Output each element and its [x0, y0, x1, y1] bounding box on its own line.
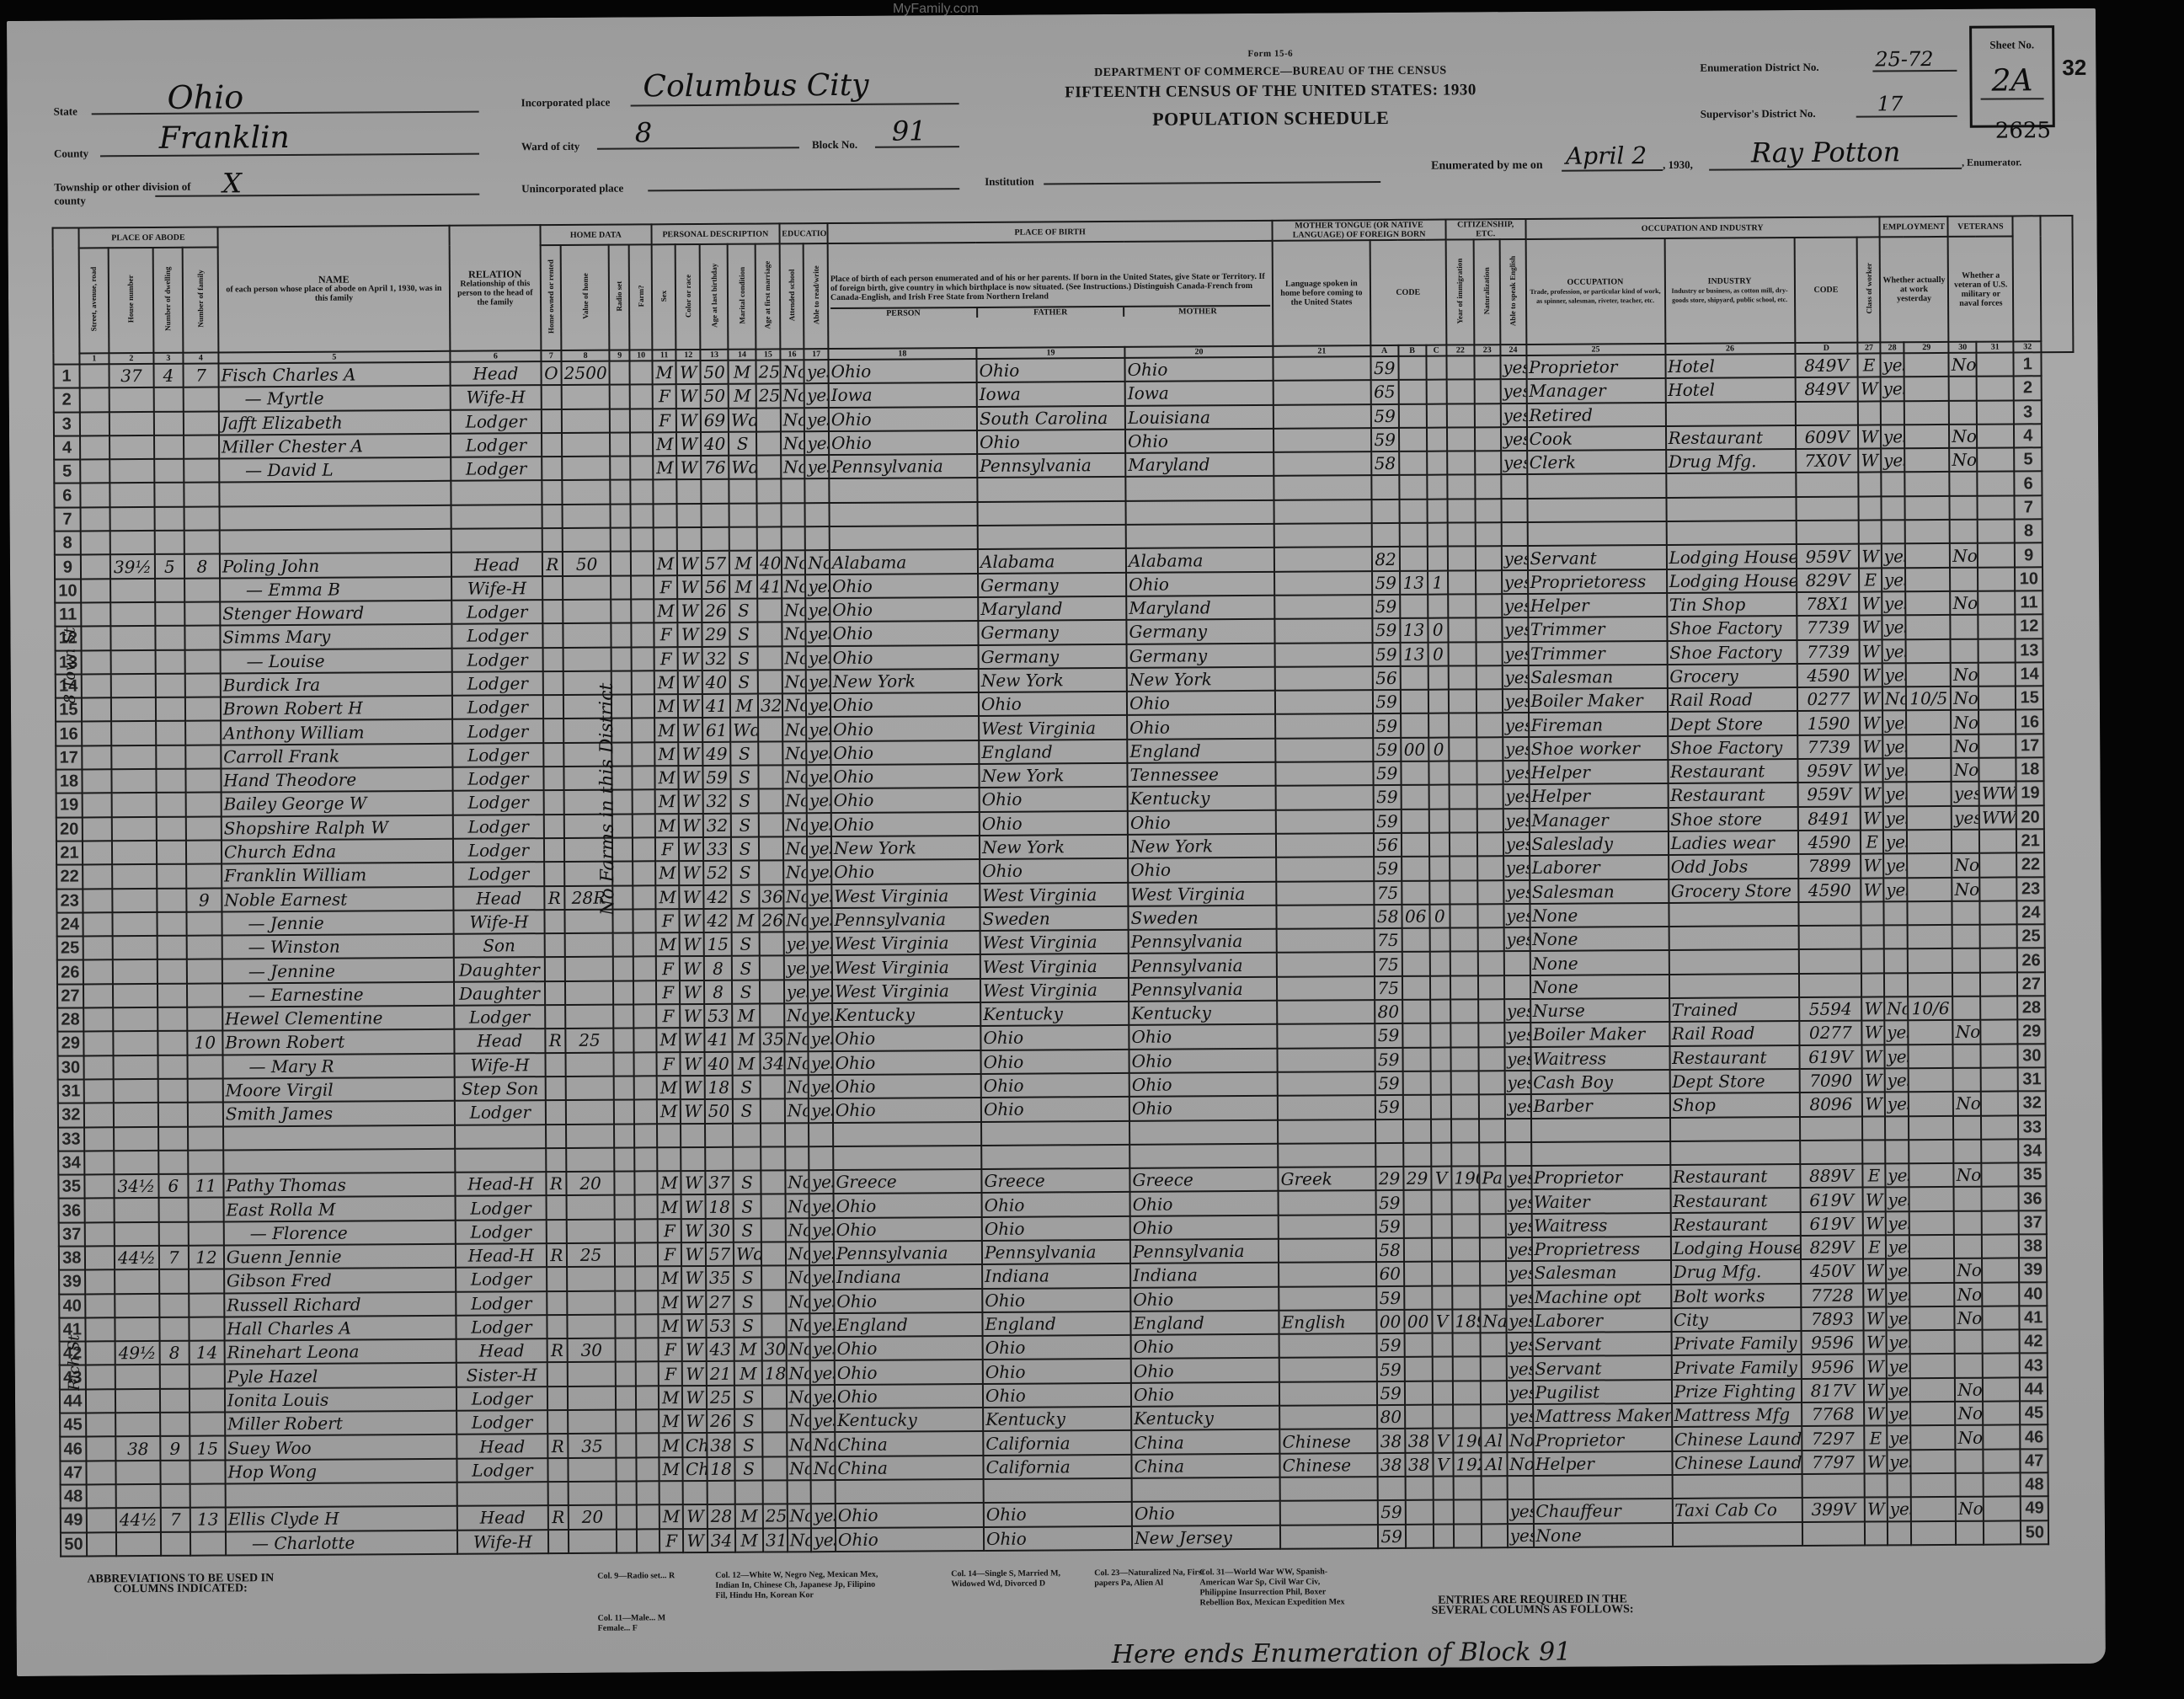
cell-name: Brown Robert — [222, 1029, 454, 1055]
ed-label: Enumeration District No. — [1700, 61, 1818, 75]
group-place-of-birth: PLACE OF BIRTH — [827, 221, 1272, 243]
cell-lang — [1275, 666, 1373, 691]
cell-fbp: California — [983, 1430, 1131, 1455]
cell-code: 817V — [1801, 1378, 1864, 1402]
cell-street — [85, 1341, 115, 1365]
cell-nat — [1478, 999, 1504, 1023]
cell-mbp: Ohio — [1129, 1072, 1278, 1097]
cell-lang — [1279, 1405, 1377, 1429]
cell-val: 2500 — [561, 361, 609, 386]
cell-line_no — [1909, 1115, 1953, 1140]
cell-name: — Louise — [220, 648, 451, 673]
cell-nat — [1477, 856, 1503, 879]
cell-eng: yes — [1505, 1214, 1531, 1237]
cell-imm — [1447, 475, 1475, 499]
cell-b — [1402, 1095, 1430, 1119]
cell-fbp — [984, 1478, 1132, 1503]
cell-rel: Lodger — [452, 743, 543, 767]
cell-a: 59 — [1375, 1071, 1402, 1095]
cell-ind — [1665, 402, 1795, 426]
cell-race: Ch — [683, 1457, 708, 1481]
cell-vet: No — [1951, 663, 1978, 687]
cell-c — [1430, 1023, 1450, 1047]
cell-c — [1428, 713, 1449, 737]
cell-race: W — [681, 1099, 705, 1123]
cell-house: 49½ — [115, 1341, 160, 1365]
cell-read: yes — [807, 741, 831, 765]
institution-label: Institution — [985, 175, 1034, 189]
cell-fbp: Ohio — [980, 811, 1128, 836]
cell-sex: M — [654, 742, 679, 766]
cell-house — [115, 1365, 160, 1389]
cell-nat — [1475, 403, 1501, 427]
line-number: 25 — [57, 937, 83, 960]
line-number: 49 — [61, 1509, 87, 1532]
cell-c — [1431, 1119, 1451, 1142]
cell-a: 65 — [1370, 380, 1398, 403]
cell-street — [85, 1294, 115, 1318]
cell-cls: W — [1861, 854, 1883, 878]
cell-code: 7899 — [1798, 854, 1861, 879]
cell-mbp: Louisiana — [1125, 404, 1274, 429]
cell-radio — [616, 1386, 636, 1409]
cell-cls: W — [1858, 425, 1881, 448]
cell-code: 7739 — [1797, 735, 1861, 759]
incorporated-label: Incorporated place — [521, 96, 611, 110]
name-desc: of each person whose place of abode on A… — [221, 284, 447, 304]
cell-ind: Tin Shop — [1667, 592, 1797, 617]
cell-b — [1402, 1023, 1430, 1047]
cell-war — [1981, 1067, 2018, 1092]
cell-agem — [759, 836, 783, 860]
cell-radio — [616, 1362, 636, 1386]
cell-race: W — [683, 1528, 708, 1552]
cell-sex: F — [656, 980, 681, 1004]
county-label: County — [54, 147, 88, 160]
cell-dwelling — [157, 864, 186, 889]
cell-a — [1375, 1119, 1403, 1142]
cell-b: 06 — [1402, 905, 1429, 928]
cell-sex: M — [655, 814, 680, 837]
cell-house — [114, 1055, 158, 1080]
cell-lang — [1274, 476, 1371, 500]
cell-bp: Ohio — [835, 1336, 983, 1360]
cell-code: 619V — [1800, 1188, 1863, 1212]
cell-dwelling — [158, 1151, 188, 1175]
cell-line_no — [1904, 353, 1949, 377]
cell-cls: E — [1859, 568, 1882, 591]
cell-val — [565, 957, 613, 981]
cell-radio — [614, 1147, 634, 1171]
cell-occ: Helper — [1533, 1451, 1672, 1476]
cell-age: 35 — [706, 1266, 734, 1290]
cell-b — [1398, 403, 1426, 427]
cell-val — [562, 457, 610, 481]
cell-work: yes — [1885, 1188, 1909, 1211]
cell-rel: Lodger — [454, 1005, 545, 1029]
cell-b: 13 — [1400, 642, 1428, 665]
cell-name: Carroll Frank — [221, 744, 452, 769]
cell-vet — [1953, 1044, 1981, 1067]
cell-radio — [616, 1434, 636, 1457]
cell-ind: Shop — [1669, 1093, 1799, 1117]
cell-a: 59 — [1372, 571, 1400, 595]
cell-mbp — [1126, 500, 1274, 525]
cell-occ: Fireman — [1529, 712, 1668, 736]
cell-val — [563, 647, 611, 671]
cell-ind: Lodging House — [1666, 544, 1796, 569]
cell-radio — [617, 1529, 637, 1552]
cell-val — [565, 1005, 613, 1029]
cell-bp: Ohio — [830, 645, 979, 670]
cell-age — [702, 504, 729, 527]
cell-dwelling — [157, 936, 186, 960]
cell-work: yes — [1882, 758, 1907, 782]
cell-fbp: Ohio — [983, 1359, 1131, 1383]
cell-line_no — [1904, 377, 1949, 401]
cell-read: yes — [810, 1360, 835, 1384]
cell-agem — [761, 1146, 785, 1170]
cell-agem — [761, 1194, 786, 1218]
cell-b — [1405, 1477, 1433, 1500]
cell-line_no — [1909, 1163, 1954, 1188]
cell-occ: Shoe worker — [1529, 736, 1668, 761]
cell-c — [1428, 547, 1448, 570]
cell-agem — [762, 1433, 787, 1456]
cell-mbp: England — [1127, 739, 1275, 763]
cell-fbp: Kentucky — [983, 1407, 1131, 1431]
cell-imm — [1450, 857, 1477, 880]
cell-house: 38 — [115, 1436, 160, 1461]
cell-cls: W — [1864, 1378, 1887, 1402]
cell-nat — [1475, 475, 1501, 499]
cell-occ — [1531, 1141, 1670, 1166]
cell-b — [1406, 1524, 1434, 1547]
cell-sex: F — [656, 1004, 681, 1028]
line-number: 5 — [54, 460, 80, 484]
cell-eng: yes — [1503, 856, 1530, 879]
cell-nat — [1481, 1357, 1507, 1381]
cell-read: yes — [809, 1051, 833, 1075]
cell-work: yes — [1882, 544, 1906, 568]
cell-dwelling — [156, 793, 185, 817]
cell-work: yes — [1882, 711, 1907, 735]
cell-dwelling — [153, 387, 183, 412]
cell-rel: Lodger — [456, 1291, 547, 1316]
cell-street — [83, 984, 113, 1008]
cell-vet — [1953, 1115, 1981, 1139]
cell-nat — [1476, 642, 1502, 665]
end-of-block-note: Here ends Enumeration of Block 91 — [1112, 1638, 1572, 1670]
cell-val: 50 — [563, 552, 611, 576]
cell-mar — [729, 479, 756, 503]
cell-bp: Ohio — [835, 1360, 983, 1384]
cell-own: O — [541, 361, 561, 385]
cell-lang — [1277, 1000, 1375, 1024]
cell-line_no — [1911, 1520, 1956, 1545]
cell-a: 58 — [1376, 1238, 1404, 1262]
cell-ind: Hotel — [1665, 354, 1795, 378]
cell-age: 8 — [704, 980, 732, 1003]
cell-lang — [1274, 618, 1372, 643]
cell-lang — [1275, 690, 1373, 714]
cell-agem — [761, 1123, 785, 1146]
cell-dwelling — [160, 1365, 190, 1389]
cell-imm — [1451, 1119, 1479, 1142]
population-schedule-table: PLACE OF ABODE NAMEof each person whose … — [51, 215, 2081, 1557]
cell-family — [186, 911, 222, 936]
cell-bp — [833, 1121, 981, 1146]
cell-cls — [1861, 901, 1884, 925]
cell-a: 38 — [1377, 1453, 1405, 1477]
cell-farm — [631, 552, 654, 575]
cell-rel — [451, 481, 542, 505]
cell-mar: M — [729, 574, 757, 598]
cell-b — [1399, 499, 1427, 522]
sd-label: Supervisor's District No. — [1701, 107, 1816, 121]
cell-radio — [613, 980, 633, 1004]
cell-cls: E — [1858, 353, 1881, 377]
cell-val — [569, 1482, 617, 1506]
cell-rel: Head — [457, 1338, 547, 1363]
cell-dwelling — [159, 1221, 189, 1246]
cell-b — [1398, 380, 1426, 403]
ed-value: 25-72 — [1875, 47, 1933, 71]
cell-family — [188, 1078, 223, 1103]
cell-c — [1429, 880, 1450, 904]
cell-own — [542, 433, 562, 457]
cell-age — [705, 1123, 733, 1146]
block-value: 91 — [892, 115, 926, 147]
cell-sex — [657, 1147, 681, 1171]
cell-dwelling — [157, 841, 186, 865]
cell-code: 9596 — [1801, 1354, 1864, 1379]
cell-bp: Ohio — [829, 407, 977, 431]
cell-mar: M — [729, 384, 756, 408]
cell-code: 7893 — [1801, 1306, 1864, 1331]
cell-ind — [1670, 1117, 1800, 1141]
cell-eng: yes — [1504, 1023, 1530, 1046]
cell-occ: Pugilist — [1532, 1380, 1671, 1404]
line-number-right: 49 — [2021, 1496, 2048, 1520]
cell-street — [83, 912, 112, 937]
cell-ind: Odd Jobs — [1669, 854, 1798, 879]
cell-val — [563, 528, 611, 553]
cell-house — [111, 649, 156, 674]
cell-house — [114, 1126, 158, 1151]
cell-fbp: Ohio — [980, 787, 1128, 811]
cell-eng: yes — [1506, 1309, 1532, 1333]
cell-family — [184, 531, 220, 555]
cell-vet: No — [1950, 543, 1978, 567]
cell-occ: Helper — [1528, 593, 1667, 617]
cell-bp — [836, 1479, 984, 1504]
cell-vet: yes — [1952, 782, 1979, 805]
cell-bp: Ohio — [830, 597, 978, 622]
cell-street — [84, 1103, 114, 1127]
cell-line_no — [1910, 1378, 1955, 1402]
cell-fbp: Alabama — [978, 548, 1126, 573]
cell-agem — [761, 1266, 786, 1290]
cell-code: 7728 — [1801, 1283, 1864, 1307]
cell-read: yes — [811, 1504, 836, 1527]
cell-line_no — [1906, 591, 1951, 616]
cell-sex: M — [654, 719, 679, 742]
cell-b — [1402, 857, 1429, 880]
cell-lang — [1274, 404, 1371, 429]
cell-line_no — [1909, 1140, 1954, 1164]
cell-nat — [1476, 522, 1502, 546]
cell-bp: Greece — [833, 1169, 981, 1194]
cell-house — [114, 1103, 158, 1127]
cell-c — [1428, 595, 1448, 618]
cell-war — [1977, 424, 2014, 448]
cell-mar: M — [732, 908, 760, 932]
cell-sch: No — [783, 860, 808, 884]
cell-house: 34½ — [114, 1174, 158, 1199]
cell-lang — [1279, 1238, 1376, 1263]
cell-rel: Lodger — [452, 719, 543, 744]
cell-work: yes — [1882, 568, 1906, 591]
cell-c — [1428, 665, 1448, 689]
cell-war — [1982, 1187, 2019, 1211]
cell-nat — [1474, 355, 1500, 379]
cell-fbp: Pennsylvania — [982, 1240, 1130, 1264]
cell-lang — [1274, 547, 1372, 571]
cell-nat — [1479, 1071, 1505, 1094]
cell-mbp: Ohio — [1126, 571, 1274, 596]
cell-vet: No — [1949, 353, 1977, 377]
cell-vet: No — [1956, 1425, 1984, 1449]
census-rows: 13747Fisch Charles AHeadO2500MW50M25Noye… — [53, 352, 2080, 1556]
cell-read: yes — [806, 670, 830, 693]
cell-bp: West Virginia — [832, 979, 980, 1003]
cell-name: Ellis Clyde H — [226, 1506, 457, 1531]
column-number: 13 — [700, 350, 728, 361]
line-number: 48 — [61, 1484, 87, 1508]
cell-c — [1433, 1405, 1453, 1429]
cell-mar: S — [734, 1266, 761, 1290]
cell-street — [85, 1317, 115, 1342]
cell-agem — [756, 431, 781, 455]
cell-occ: Waitress — [1531, 1213, 1670, 1237]
cell-agem — [759, 813, 783, 836]
line-number-right: 8 — [2015, 519, 2042, 542]
cell-work: yes — [1885, 1163, 1909, 1187]
cell-rel: Lodger — [455, 1100, 546, 1125]
cell-family: 12 — [189, 1245, 224, 1269]
cell-street — [79, 364, 109, 388]
cell-own — [543, 790, 563, 814]
cell-occ: Boiler Maker — [1530, 1022, 1669, 1046]
cell-house — [109, 412, 154, 436]
cell-street — [81, 579, 110, 603]
cell-sex: M — [659, 1409, 683, 1433]
cell-sex: M — [659, 1504, 684, 1528]
cell-war — [1984, 1472, 2021, 1497]
cell-ind: Dept Store — [1668, 711, 1797, 735]
cell-c — [1431, 1214, 1451, 1237]
cell-read: yes — [810, 1313, 835, 1337]
cell-read: yes — [808, 932, 832, 955]
cell-imm — [1450, 832, 1477, 856]
cell-ind: Hotel — [1665, 377, 1795, 402]
cell-imm — [1453, 1357, 1481, 1381]
cell-b: 00 — [1401, 737, 1428, 761]
cell-race: W — [679, 742, 703, 766]
cell-cls: W — [1861, 735, 1883, 758]
cell-a: 75 — [1374, 952, 1402, 975]
line-number: 29 — [57, 1032, 83, 1055]
cell-mbp: New York — [1127, 667, 1275, 692]
cell-imm — [1452, 1237, 1480, 1261]
cell-sch: No — [788, 1528, 812, 1552]
cell-family: 15 — [190, 1436, 225, 1461]
cell-farm — [633, 932, 656, 956]
cell-street — [81, 650, 110, 675]
cell-name: Pathy Thomas — [223, 1173, 455, 1198]
cell-sch: No — [782, 598, 806, 622]
cell-race: W — [679, 789, 703, 813]
cell-cls: W — [1860, 591, 1882, 615]
line-number-right: 41 — [2020, 1306, 2048, 1329]
cell-lang — [1276, 785, 1374, 809]
census-sheet: State Ohio County Franklin Township or o… — [7, 8, 2106, 1676]
cell-race: W — [683, 1409, 708, 1433]
cell-read: yes — [807, 860, 831, 884]
cell-b — [1401, 690, 1428, 713]
cell-cls: W — [1864, 1331, 1887, 1354]
cell-code: 8491 — [1797, 806, 1861, 831]
cell-lang — [1274, 595, 1372, 619]
cell-street — [86, 1413, 115, 1437]
cell-eng: yes — [1500, 403, 1526, 427]
cell-rel: Lodger — [451, 600, 542, 624]
unincorporated-label: Unincorporated place — [521, 182, 623, 196]
cell-ind — [1669, 926, 1798, 950]
cell-nat — [1478, 975, 1504, 999]
cell-own — [543, 743, 563, 767]
cell-farm — [633, 980, 656, 1004]
abbrev-col14: Col. 14—Single S, Married M, Widowed Wd,… — [951, 1568, 1077, 1589]
cell-name: Miller Robert — [225, 1411, 457, 1436]
cell-own — [545, 1077, 565, 1100]
cell-race: W — [678, 647, 702, 671]
cell-vet — [1951, 615, 1978, 638]
cell-age: 50 — [701, 361, 729, 384]
cell-eng — [1501, 522, 1527, 546]
cell-line_no — [1907, 782, 1952, 806]
cell-mar: S — [733, 1171, 761, 1194]
cell-house — [111, 674, 156, 698]
cell-family — [184, 459, 219, 484]
cell-nat: Pa — [1479, 1166, 1505, 1189]
cell-fbp: South Carolina — [977, 405, 1125, 430]
cell-imm — [1449, 737, 1476, 761]
cell-mbp — [1125, 476, 1274, 500]
cell-sex: M — [654, 671, 679, 694]
cell-read: yes — [810, 1408, 835, 1432]
cell-family — [189, 1221, 224, 1246]
cell-age: 26 — [702, 599, 729, 622]
cell-radio — [615, 1172, 635, 1195]
cell-imm — [1453, 1404, 1481, 1428]
cell-lang — [1277, 953, 1375, 977]
cell-sex: M — [659, 1457, 683, 1481]
cell-sch: No — [784, 1075, 809, 1098]
cell-a: 59 — [1373, 690, 1401, 713]
cell-read: yes — [810, 1385, 835, 1408]
